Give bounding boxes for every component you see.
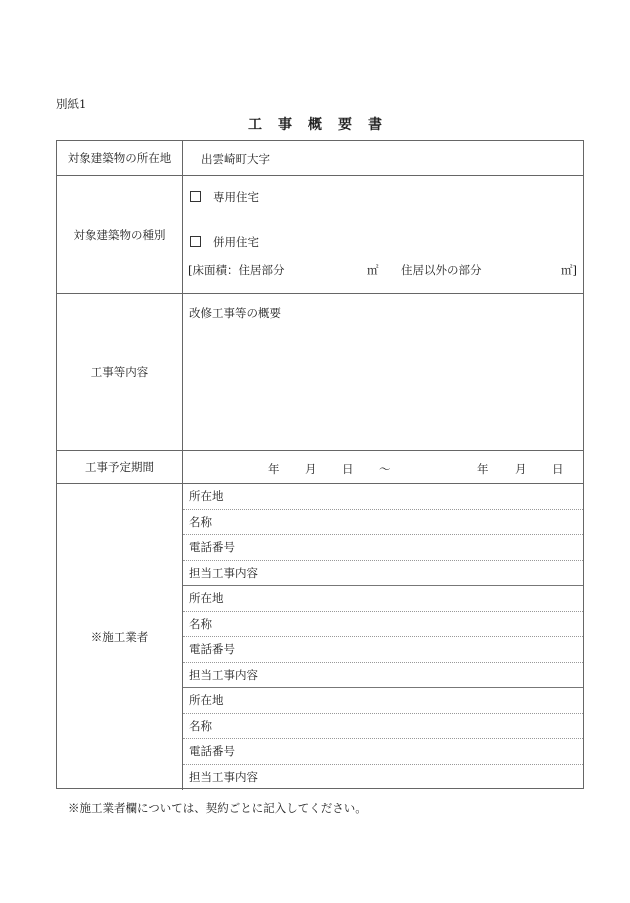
option-label: 専用住宅 xyxy=(213,190,259,204)
option-label: 併用住宅 xyxy=(213,235,259,249)
document-title: 工事概要書 xyxy=(0,114,630,134)
work-content-label: 工事等内容 xyxy=(57,294,183,450)
contractor-3-phone[interactable]: 電話番号 xyxy=(183,739,583,765)
end-year-label: 年 xyxy=(477,461,489,477)
title-char: 事 xyxy=(278,114,292,134)
end-month-label: 月 xyxy=(515,461,527,477)
schedule-row: 工事予定期間 年 月 日 ～ 年 月 日 xyxy=(57,451,583,484)
contractors-field: 所在地 名称 電話番号 担当工事内容 所在地 名称 電話番号 担当工事内容 所在… xyxy=(183,484,583,790)
title-char: 書 xyxy=(368,114,382,134)
unit-sqm: ㎡ xyxy=(367,262,379,278)
title-char: 要 xyxy=(338,114,352,134)
work-summary-form: 対象建築物の所在地 出雲崎町大字 対象建築物の種別 専用住宅 併用住宅 [床面積… xyxy=(56,140,584,789)
checkbox-icon[interactable] xyxy=(190,236,201,247)
location-value: 出雲崎町大字 xyxy=(201,151,270,167)
contractor-2-address[interactable]: 所在地 xyxy=(183,586,583,612)
start-month-label: 月 xyxy=(305,461,317,477)
work-content-row: 工事等内容 改修工事等の概要 xyxy=(57,294,583,451)
title-char: 概 xyxy=(308,114,322,134)
contractor-3-work[interactable]: 担当工事内容 xyxy=(183,765,583,791)
appendix-label: 別紙1 xyxy=(56,96,86,112)
work-content-heading: 改修工事等の概要 xyxy=(189,305,281,321)
building-type-row: 対象建築物の種別 専用住宅 併用住宅 [床面積：住居部分 ㎡ 住居以外の部分 ㎡… xyxy=(57,176,583,294)
contractor-2-phone[interactable]: 電話番号 xyxy=(183,637,583,663)
schedule-field[interactable]: 年 月 日 ～ 年 月 日 xyxy=(183,451,583,483)
location-row: 対象建築物の所在地 出雲崎町大字 xyxy=(57,141,583,176)
option-dedicated-housing[interactable]: 専用住宅 xyxy=(190,189,259,205)
contractor-1-work[interactable]: 担当工事内容 xyxy=(183,561,583,587)
contractor-1-address[interactable]: 所在地 xyxy=(183,484,583,510)
unit-sqm-close: ㎡] xyxy=(561,262,577,278)
location-field[interactable]: 出雲崎町大字 xyxy=(183,141,583,175)
contractor-2-work[interactable]: 担当工事内容 xyxy=(183,663,583,689)
start-year-label: 年 xyxy=(268,461,280,477)
contractor-2-name[interactable]: 名称 xyxy=(183,612,583,638)
floor-area-non-residential-label: 住居以外の部分 xyxy=(401,262,482,278)
work-content-field[interactable]: 改修工事等の概要 xyxy=(183,294,583,450)
title-char: 工 xyxy=(248,114,262,134)
floor-area-residential-label: [床面積：住居部分 xyxy=(188,262,285,278)
contractor-1-name[interactable]: 名称 xyxy=(183,510,583,536)
start-day-label: 日 xyxy=(342,461,354,477)
contractor-3-name[interactable]: 名称 xyxy=(183,714,583,740)
end-day-label: 日 xyxy=(552,461,564,477)
contractor-1-phone[interactable]: 電話番号 xyxy=(183,535,583,561)
checkbox-icon[interactable] xyxy=(190,191,201,202)
location-label: 対象建築物の所在地 xyxy=(57,141,183,175)
contractors-row: ※施工業者 所在地 名称 電話番号 担当工事内容 所在地 名称 電話番号 担当工… xyxy=(57,484,583,790)
option-mixed-use-housing[interactable]: 併用住宅 xyxy=(190,234,259,250)
period-separator: ～ xyxy=(379,461,391,477)
footer-note: ※施工業者欄については、契約ごとに記入してください。 xyxy=(68,800,367,816)
contractor-3-address[interactable]: 所在地 xyxy=(183,688,583,714)
contractors-label: ※施工業者 xyxy=(57,484,183,790)
building-type-field: 専用住宅 併用住宅 [床面積：住居部分 ㎡ 住居以外の部分 ㎡] xyxy=(183,176,583,293)
schedule-label: 工事予定期間 xyxy=(57,451,183,483)
building-type-label: 対象建築物の種別 xyxy=(57,176,183,293)
